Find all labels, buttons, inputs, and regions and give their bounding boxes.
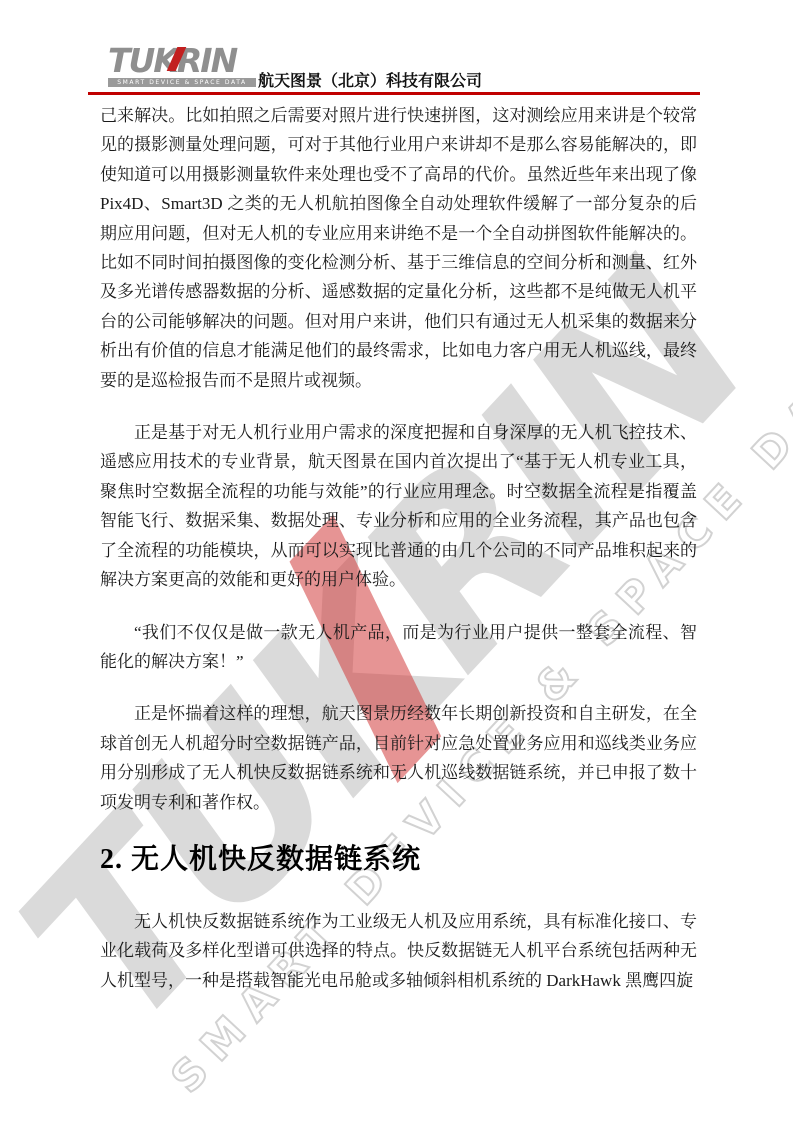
paragraph-company-philosophy: 正是基于对无人机行业用户需求的深度把握和自身深厚的无人机飞控技术、遥感应用技术的…	[100, 418, 697, 594]
paragraph-continuation: 己来解决。比如拍照之后需要对照片进行快速拼图，这对测绘应用来讲是个较常见的摄影测…	[100, 101, 697, 395]
document-page: TUKRIN SMART DEVICE & SPACE DATA TUKRIN …	[0, 0, 793, 1122]
section-heading: 2. 无人机快反数据链系统	[100, 840, 697, 880]
paragraph-rd-history: 正是怀揣着这样的理想，航天图景历经数年长期创新投资和自主研发，在全球首创无人机超…	[100, 699, 697, 817]
paragraph-quote: “我们不仅仅是做一款无人机产品，而是为行业用户提供一整套全流程、智能化的解决方案…	[100, 618, 697, 677]
company-logo: TUKRIN SMART DEVICE & SPACE DATA	[108, 44, 258, 87]
header-divider-rule	[88, 92, 700, 95]
logo-tagline: SMART DEVICE & SPACE DATA	[108, 78, 256, 87]
document-body: 己来解决。比如拍照之后需要对照片进行快速拼图，这对测绘应用来讲是个较常见的摄影测…	[100, 101, 697, 1018]
letterhead: TUKRIN SMART DEVICE & SPACE DATA 航天图景（北京…	[0, 0, 793, 100]
company-name: 航天图景（北京）科技有限公司	[258, 68, 482, 91]
paragraph-section-intro: 无人机快反数据链系统作为工业级无人机及应用系统，具有标准化接口、专业化载荷及多样…	[100, 907, 697, 995]
